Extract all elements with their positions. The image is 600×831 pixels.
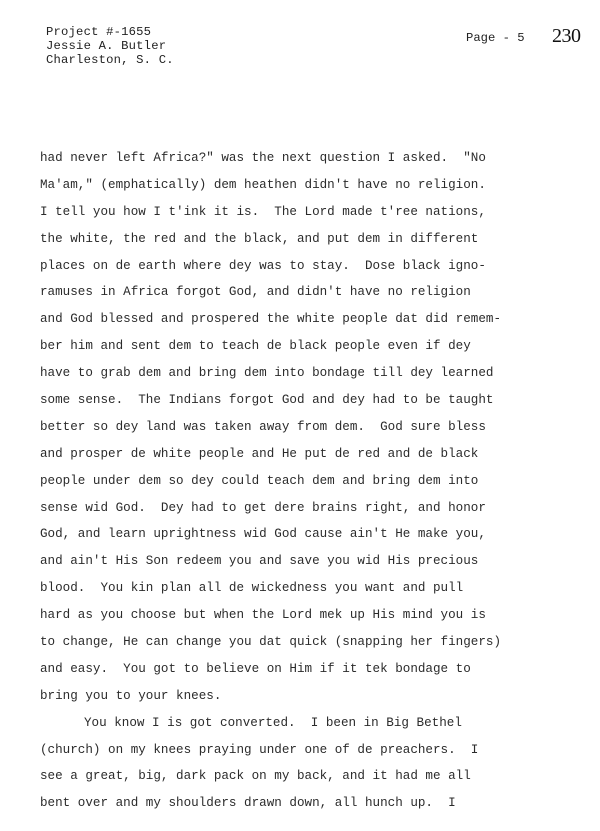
- project-number: Project #-1655: [46, 25, 174, 39]
- text-line: God, and learn uprightness wid God cause…: [40, 521, 560, 548]
- text-line: (church) on my knees praying under one o…: [40, 737, 560, 764]
- text-line: and prosper de white people and He put d…: [40, 441, 560, 468]
- text-line: hard as you choose but when the Lord mek…: [40, 602, 560, 629]
- text-line: and ain't His Son redeem you and save yo…: [40, 548, 560, 575]
- location: Charleston, S. C.: [46, 53, 174, 67]
- text-line: had never left Africa?" was the next que…: [40, 145, 560, 172]
- text-line: Ma'am," (emphatically) dem heathen didn'…: [40, 172, 560, 199]
- text-line: bring you to your knees.: [40, 683, 560, 710]
- folio-number: 230: [552, 25, 581, 48]
- text-line: ramuses in Africa forgot God, and didn't…: [40, 279, 560, 306]
- text-line: ber him and sent dem to teach de black p…: [40, 333, 560, 360]
- document-body: had never left Africa?" was the next que…: [40, 145, 560, 817]
- text-line: blood. You kin plan all de wickedness yo…: [40, 575, 560, 602]
- text-line: and God blessed and prospered the white …: [40, 306, 560, 333]
- text-line: to change, He can change you dat quick (…: [40, 629, 560, 656]
- paragraph: You know I is got converted. I been in B…: [40, 710, 560, 818]
- text-line: I tell you how I t'ink it is. The Lord m…: [40, 199, 560, 226]
- text-line: and easy. You got to believe on Him if i…: [40, 656, 560, 683]
- paragraph: had never left Africa?" was the next que…: [40, 145, 560, 710]
- page-label: Page - 5: [466, 31, 525, 45]
- text-line: sense wid God. Dey had to get dere brain…: [40, 495, 560, 522]
- text-line: bent over and my shoulders drawn down, a…: [40, 790, 560, 817]
- text-line: see a great, big, dark pack on my back, …: [40, 763, 560, 790]
- text-line: the white, the red and the black, and pu…: [40, 226, 560, 253]
- text-line: people under dem so dey could teach dem …: [40, 468, 560, 495]
- text-line: some sense. The Indians forgot God and d…: [40, 387, 560, 414]
- author-name: Jessie A. Butler: [46, 39, 174, 53]
- text-line: places on de earth where dey was to stay…: [40, 253, 560, 280]
- text-line: have to grab dem and bring dem into bond…: [40, 360, 560, 387]
- header-info-block: Project #-1655 Jessie A. Butler Charlest…: [46, 25, 174, 67]
- text-line: You know I is got converted. I been in B…: [40, 710, 560, 737]
- text-line: better so dey land was taken away from d…: [40, 414, 560, 441]
